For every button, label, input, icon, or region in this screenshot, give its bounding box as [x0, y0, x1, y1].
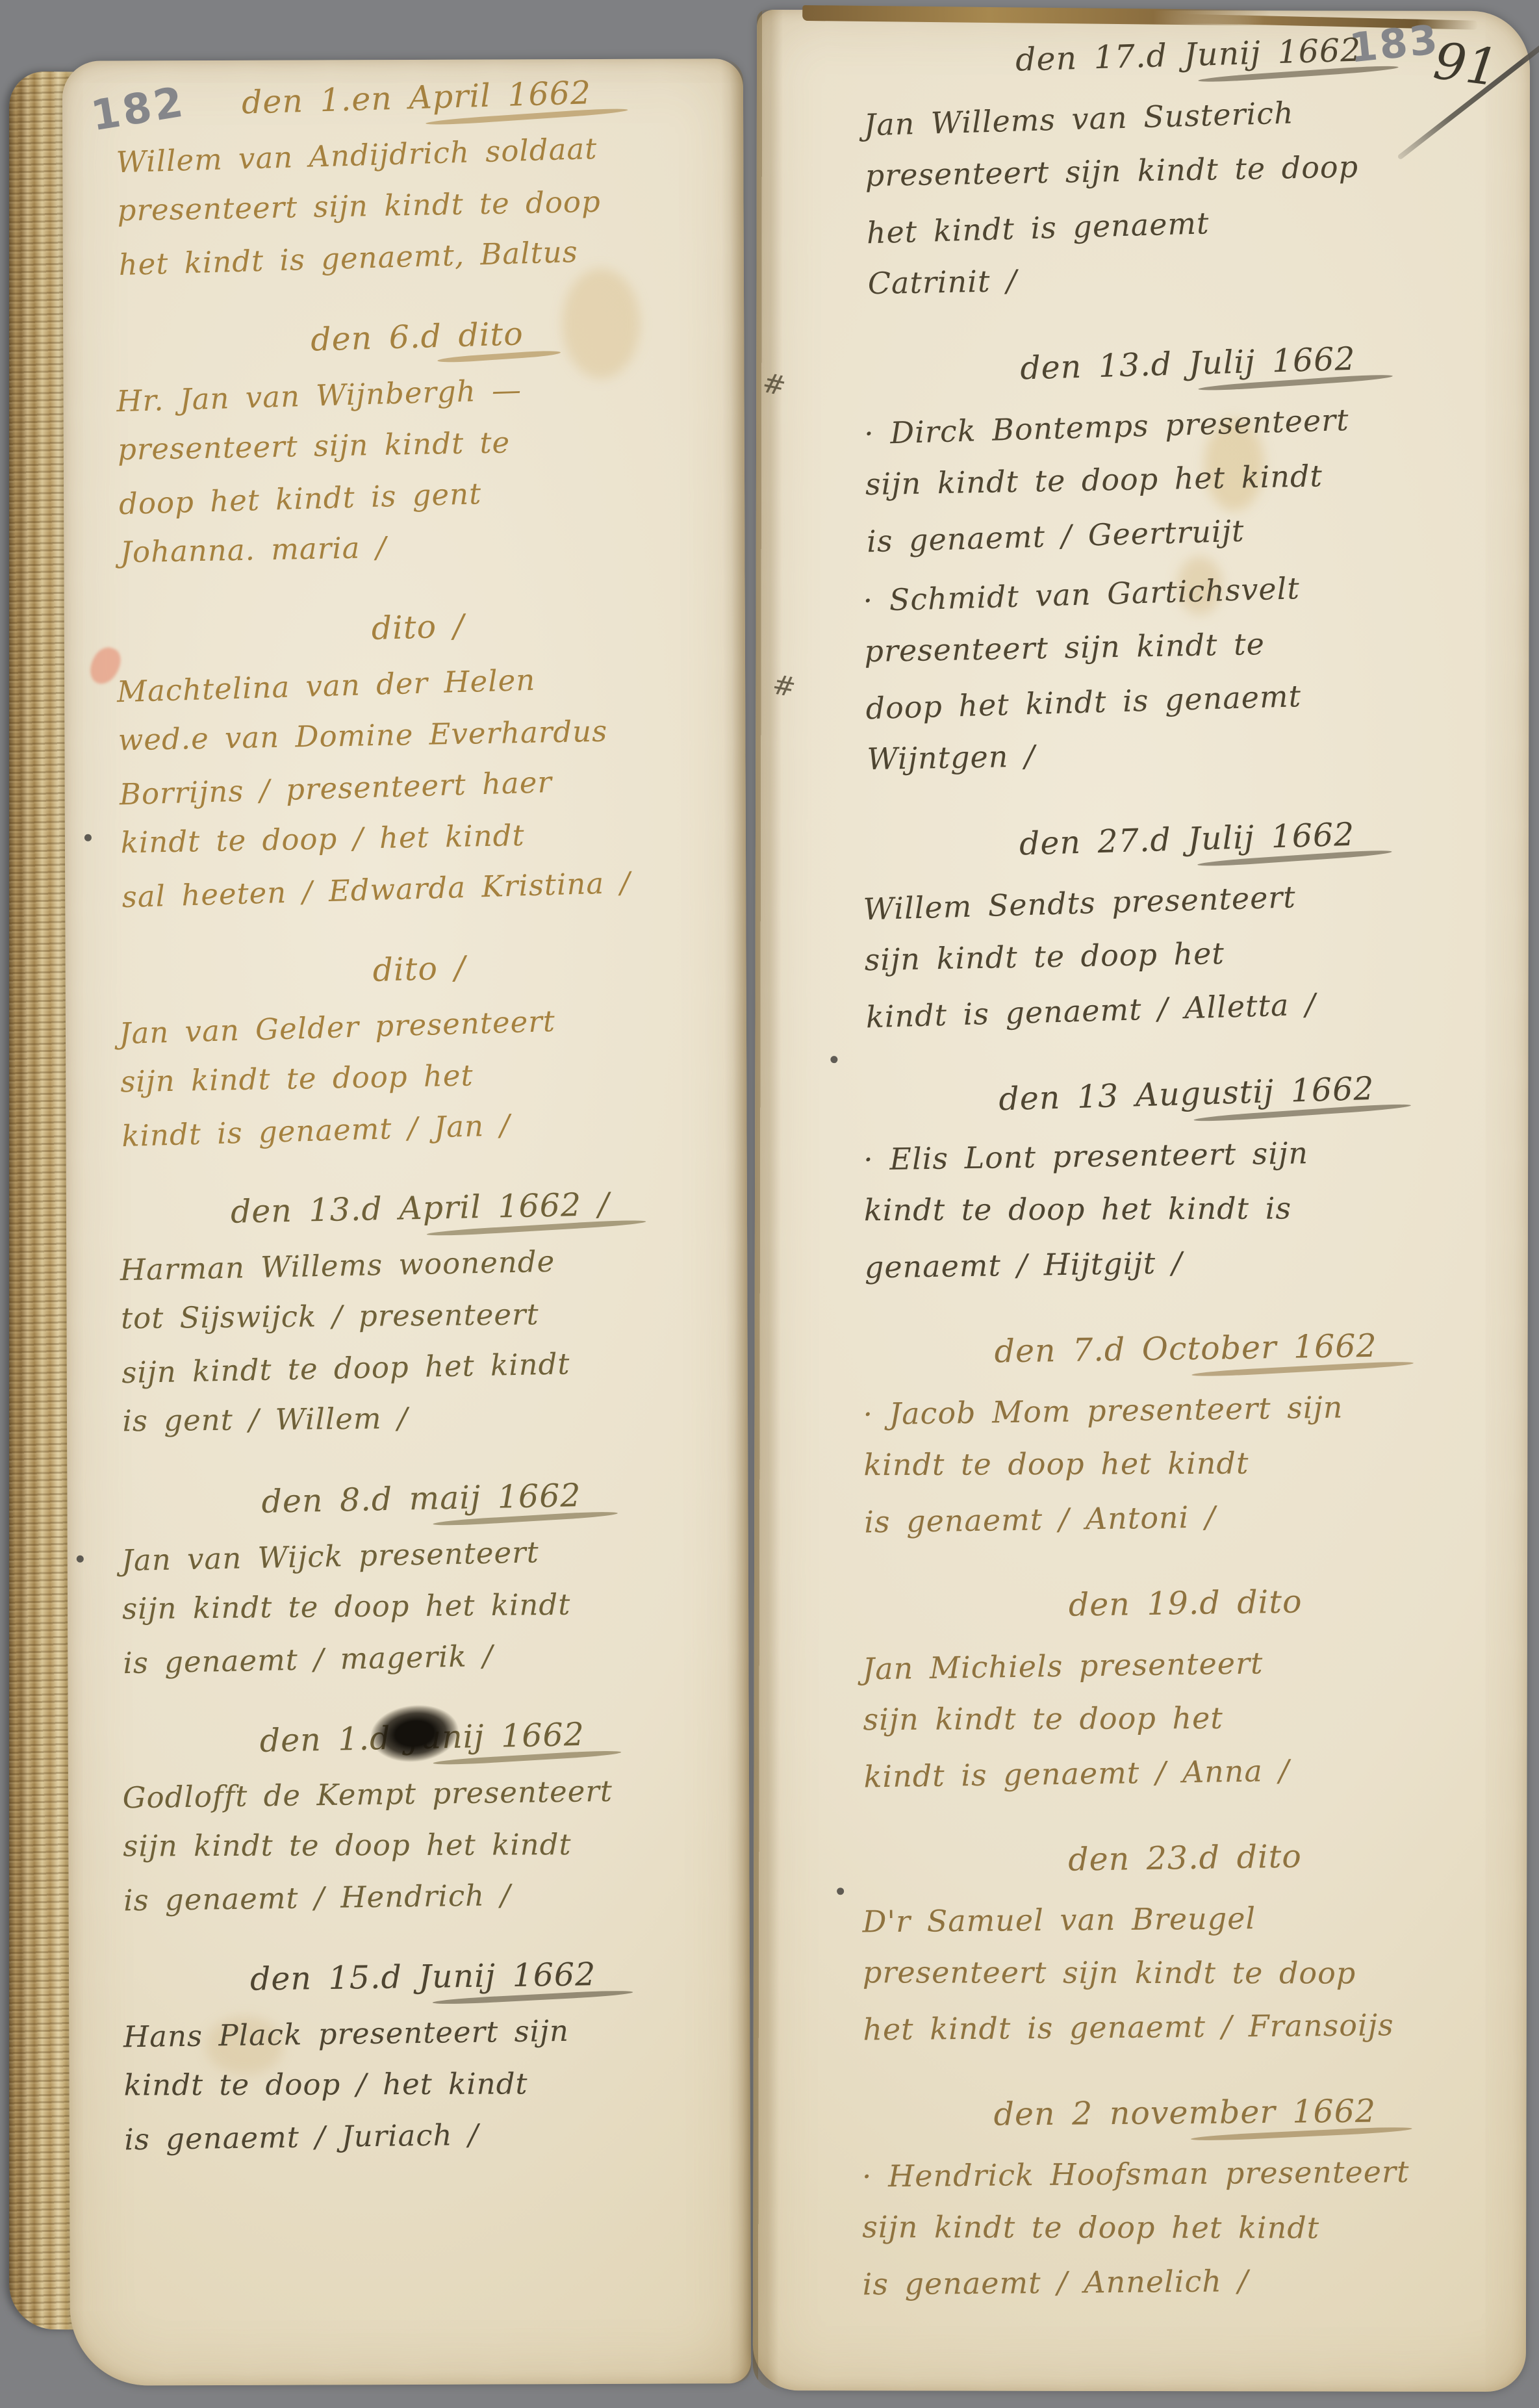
heading-text: den 6.d dito: [311, 315, 524, 358]
heading-text: den 19.d dito: [1069, 1583, 1303, 1623]
heading-text: den 27.d Julij 1662: [1019, 816, 1355, 863]
entry-body: Godlofft de Kempt presenteertsijn kindt …: [122, 1765, 722, 1925]
entry-line: sijn kindt te doop het kindt: [121, 1335, 721, 1398]
entry-line: Johanna. maria /: [120, 515, 719, 578]
entry-line: · Hendrick Hoofsman presenteert: [862, 2144, 1507, 2204]
entry-heading: den 15.d Junij 1662: [123, 1955, 723, 1998]
entry-line: Catrinit /: [867, 245, 1512, 311]
entry-body: · Jacob Mom presenteert sijnkindt te doo…: [863, 1379, 1509, 1548]
entry-heading: dito /: [118, 602, 718, 654]
entry-line: Harman Willems woonende: [120, 1233, 719, 1296]
entry-line: sijn kindt te doop het kindt: [862, 2200, 1507, 2255]
entry-heading: den 13.d Julij 1662: [865, 337, 1510, 390]
entry-line: sijn kindt te doop het: [863, 1690, 1507, 1747]
entry-heading: den 7.d October 1662: [863, 1327, 1508, 1370]
heading-text: den 1.en April 1662: [241, 74, 592, 121]
entry-body: Hans Plack presenteert sijnkindt te doop…: [123, 2004, 724, 2164]
entry-heading: den 2 november 1662: [862, 2093, 1507, 2133]
entry-line: sijn kindt te doop het kindt: [122, 1577, 722, 1634]
manuscript-book: 182 den 1.en April 1662Willem van Andijd…: [0, 0, 1539, 2408]
entry-body: Harman Willems woonendetot Sijswijck / p…: [120, 1234, 722, 1448]
entries-column-right: den 17.d Junij 1662Jan Willems van Suste…: [753, 10, 1530, 2392]
entry-heading: den 1.en April 1662: [116, 72, 716, 124]
ink-speck: [837, 1888, 844, 1895]
entry-line: Godlofft de Kempt presenteert: [122, 1763, 722, 1823]
heading-text: dito /: [371, 608, 465, 647]
entry-body: · Dirck Bontemps presenteertsijn kindt t…: [863, 390, 1512, 567]
entry-line: Hans Plack presenteert sijn: [123, 2003, 722, 2062]
entry-heading: den 8.d maij 1662: [121, 1476, 721, 1522]
entry-heading: dito /: [120, 943, 719, 995]
left-page: 182 den 1.en April 1662Willem van Andijd…: [62, 58, 751, 2386]
ink-speck: [830, 1056, 837, 1063]
heading-text: den 8.d maij 1662: [261, 1477, 581, 1520]
entry-line: kindt is genaemt / Anna /: [863, 1741, 1508, 1804]
heading-text: den 17.d Junij 1662: [1015, 31, 1362, 78]
ink-speck: [77, 1556, 84, 1563]
entry-body: · Schmidt van Gartichsveltpresenteert si…: [863, 557, 1512, 788]
entry-body: Willem van Andijdrich soldaatpresenteert…: [116, 121, 719, 289]
entry-line: sijn kindt te doop het kindt: [123, 1818, 722, 1871]
entry-line: is genaemt / Hendrich /: [123, 1866, 723, 1926]
entry-line: is genaemt / Juriach /: [124, 2105, 724, 2165]
entry-line: is genaemt / magerik /: [123, 1626, 722, 1689]
entry-heading: den 19.d dito: [863, 1582, 1508, 1625]
heading-text: den 2 november 1662: [993, 2093, 1376, 2133]
entry-heading: den 17.d Junij 1662: [866, 29, 1511, 81]
entry-heading: den 27.d Julij 1662: [864, 813, 1509, 865]
entry-line: is genaemt / Annelich /: [862, 2252, 1507, 2312]
entry-heading: den 13 Augustij 1662: [864, 1068, 1509, 1120]
entry-heading: den 13.d April 1662 /: [121, 1185, 720, 1231]
right-page: 183 91 # # den 17.d Junij 1662Jan Willem…: [753, 10, 1530, 2392]
entry-line: tot Sijswijck / presenteert: [121, 1287, 720, 1344]
entry-heading: den 23.d dito: [863, 1836, 1508, 1880]
entry-heading: den 6.d dito: [118, 311, 717, 363]
heading-text: den 7.d October 1662: [995, 1327, 1378, 1370]
heading-text: den 13.d Julij 1662: [1019, 340, 1356, 387]
entry-line: Jan Michiels presenteert: [862, 1633, 1507, 1697]
entry-body: · Hendrick Hoofsman presenteertsijn kind…: [862, 2145, 1507, 2310]
entry-body: Hr. Jan van Wijnbergh —presenteert sijn …: [116, 360, 719, 580]
entry-line: kindt te doop het kindt: [863, 1435, 1508, 1492]
entry-body: Jan Willems van Susterichpresenteert sij…: [863, 81, 1513, 313]
heading-text: den 15.d Junij 1662: [250, 1956, 596, 1997]
entry-body: · Elis Lont presenteert sijnkindt te doo…: [863, 1125, 1510, 1293]
entry-body: Willem Sendts presenteertsijn kindt te d…: [863, 865, 1511, 1043]
entry-line: · Jacob Mom presenteert sijn: [863, 1378, 1508, 1442]
heading-text: dito /: [372, 949, 466, 989]
entry-line: Wijntgen /: [867, 721, 1512, 786]
entry-body: Jan van Wijck presenteertsijn kindt te d…: [121, 1524, 722, 1687]
entry-line: is gent / Willem /: [122, 1389, 722, 1446]
entry-body: Jan Michiels presenteertsijn kindt te do…: [862, 1634, 1508, 1802]
heading-text: den 23.d dito: [1068, 1838, 1302, 1878]
entry-line: het kindt is genaemt / Fransoijs: [863, 1997, 1508, 2057]
heading-text: den 13 Augustij 1662: [998, 1070, 1375, 1118]
heading-text: den 13.d April 1662 /: [231, 1186, 610, 1231]
entry-body: Machtelina van der Helenwed.e van Domine…: [116, 650, 721, 921]
entry-line: · Elis Lont presenteert sijn: [863, 1123, 1508, 1187]
entry-body: D'r Samuel van Breugelpresenteert sijn k…: [862, 1891, 1507, 2055]
entry-line: kindt te doop / het kindt: [123, 2057, 722, 2110]
entry-body: Jan van Gelder presenteertsijn kindt te …: [118, 992, 721, 1160]
entry-line: genaemt / Hijtgijt /: [864, 1231, 1509, 1295]
entry-line: kindt te doop het kindt is: [864, 1181, 1508, 1237]
entry-line: presenteert sijn kindt te doop: [863, 1945, 1507, 2001]
entry-line: Jan van Wijck presenteert: [121, 1523, 720, 1586]
entries-column-left: den 1.en April 1662Willem van Andijdrich…: [62, 58, 751, 2386]
entry-line: D'r Samuel van Breugel: [862, 1889, 1507, 1949]
entry-line: is genaemt / Antoni /: [864, 1486, 1509, 1550]
ink-speck: [84, 834, 92, 841]
